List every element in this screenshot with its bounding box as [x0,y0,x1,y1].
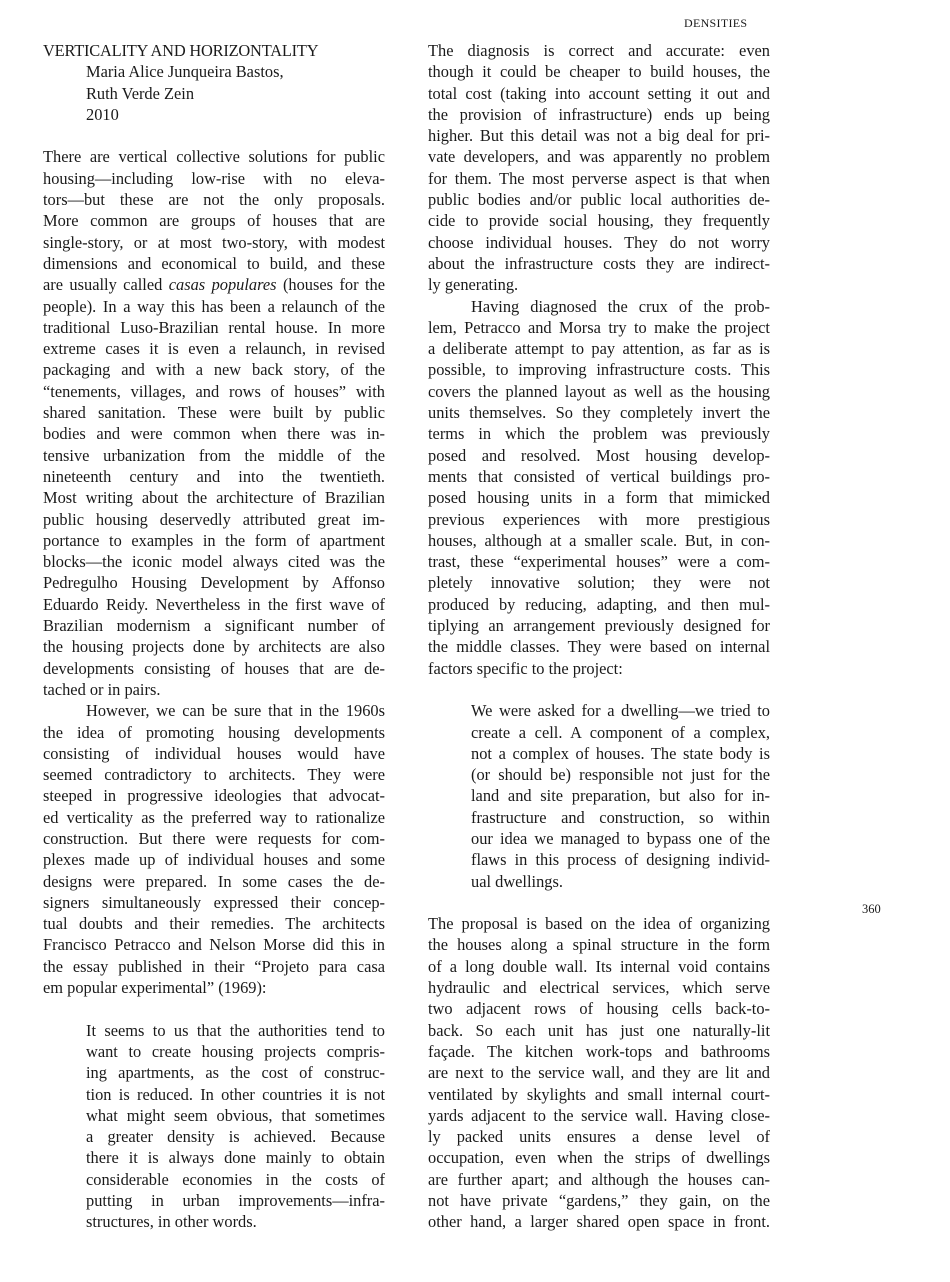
text-line: produced by reducing, adapting, and then… [428,594,770,615]
text-line: public housing deservedly attributed gre… [43,509,385,530]
text-line: previous experiences with more prestigio… [428,509,770,530]
text-line: for them. The most perverse aspect is th… [428,168,770,189]
text-line: ly generating. [428,274,770,295]
text-line: “tenements, villages, and rows of houses… [43,381,385,402]
text-line: the essay published in their “Projeto pa… [43,956,385,977]
article-header: VERTICALITY AND HORIZONTALITY Maria Alic… [43,40,385,125]
text-line: ventilated by skylights and small intern… [428,1084,770,1105]
text-line: signers simultaneously expressed their c… [43,892,385,913]
text-line: people). In a way this has been a relaun… [43,296,385,317]
text-line: (or should be) responsible not just for … [471,764,770,785]
block-quote: We were asked for a dwelling—we tried to… [471,700,770,892]
text-line: extreme cases it is even a relaunch, in … [43,338,385,359]
text-line: housing—including low-rise with no eleva… [43,168,385,189]
text-line: structures, in other words. [86,1211,385,1232]
text-line: The proposal is based on the idea of org… [428,913,770,934]
text-line: developments consisting of houses that a… [43,658,385,679]
text-line: There are vertical collective solutions … [43,146,385,167]
text-line: ed verticality as the preferred way to r… [43,807,385,828]
page-number: 360 [862,902,881,917]
text-line: consisting of individual houses would ha… [43,743,385,764]
text-line: lem, Petracco and Morsa try to make the … [428,317,770,338]
left-column: VERTICALITY AND HORIZONTALITY Maria Alic… [43,40,385,1233]
text-line: not a complex of houses. The state body … [471,743,770,764]
text-line: em popular experimental” (1969): [43,977,385,998]
text-line: Brazilian modernism a significant number… [43,615,385,636]
author-name: Maria Alice Junqueira Bastos, [43,61,385,82]
text-line: terms in which the problem was previousl… [428,423,770,444]
text-run: are usually called [43,275,169,294]
text-line: trast, these “experimental houses” were … [428,551,770,572]
body-paragraph: The proposal is based on the idea of org… [428,913,770,1232]
text-line: nineteenth century and into the twentiet… [43,466,385,487]
text-line: ing apartments, as the cost of construc- [86,1062,385,1083]
text-line: The diagnosis is correct and accurate: e… [428,40,770,61]
text-line: shared sanitation. These were built by p… [43,402,385,423]
text-line: covers the planned layout as well as the… [428,381,770,402]
running-head: DENSITIES [684,16,747,31]
text-line: the idea of promoting housing developmen… [43,722,385,743]
text-line: tiplying an arrangement previously desig… [428,615,770,636]
text-line: tion is reduced. In other countries it i… [86,1084,385,1105]
text-line: possible, to improving infrastructure co… [428,359,770,380]
text-line: ments that consisted of vertical buildin… [428,466,770,487]
text-line: what might seem obvious, that sometimes [86,1105,385,1126]
text-line: other hand, a larger shared open space i… [428,1211,770,1232]
text-line: of a long double wall. Its internal void… [428,956,770,977]
text-line: land and site preparation, but also for … [471,785,770,806]
body-paragraph: There are vertical collective solutions … [43,146,385,700]
text-line: ual dwellings. [471,871,770,892]
text-line: factors specific to the project: [428,658,770,679]
text-line: Eduardo Reidy. Nevertheless in the first… [43,594,385,615]
text-run: (houses for the [277,275,385,294]
text-line: putting in urban improvements—infra- [86,1190,385,1211]
text-line: units themselves. So they completely inv… [428,402,770,423]
article-year: 2010 [43,104,385,125]
text-line: However, we can be sure that in the 1960… [43,700,385,721]
body-paragraph: However, we can be sure that in the 1960… [43,700,385,998]
text-line: single-story, or at most two-story, with… [43,232,385,253]
text-line: the provision of infrastructure) ends up… [428,104,770,125]
text-line: about the infrastructure costs they are … [428,253,770,274]
text-line: portance to examples in the form of apar… [43,530,385,551]
text-line: create a cell. A component of a complex, [471,722,770,743]
text-line: tual doubts and their remedies. The arch… [43,913,385,934]
text-line: want to create housing projects compris- [86,1041,385,1062]
text-line: packaging and with a new back story, of … [43,359,385,380]
text-line: blocks—the iconic model always cited was… [43,551,385,572]
text-line: though it could be cheaper to build hous… [428,61,770,82]
text-line: are next to the service wall, and they a… [428,1062,770,1083]
text-line: two adjacent rows of housing cells back-… [428,998,770,1019]
italic-term: casas populares [169,275,277,294]
body-paragraph: The diagnosis is correct and accurate: e… [428,40,770,296]
text-line: the middle classes. They were based on i… [428,636,770,657]
text-line: designs were prepared. In some cases the… [43,871,385,892]
text-line: seemed contradictory to architects. They… [43,764,385,785]
text-line: plexes made up of individual houses and … [43,849,385,870]
text-line: houses, although at a smaller scale. But… [428,530,770,551]
text-line: are further apart; and although the hous… [428,1169,770,1190]
text-line: considerable economies in the costs of [86,1169,385,1190]
text-line: tensive urbanization from the middle of … [43,445,385,466]
text-line: total cost (taking into account setting … [428,83,770,104]
text-line: Pedregulho Housing Development by Affons… [43,572,385,593]
text-line: cide to provide social housing, they fre… [428,210,770,231]
text-line: public bodies and/or public local author… [428,189,770,210]
text-line: yards adjacent to the service wall. Havi… [428,1105,770,1126]
text-line: Francisco Petracco and Nelson Morse did … [43,934,385,955]
text-line: occupation, even when the strips of dwel… [428,1147,770,1168]
text-line: our idea we managed to bypass one of the [471,828,770,849]
text-line: frastructure and construction, so within [471,807,770,828]
text-line: the housing projects done by architects … [43,636,385,657]
text-line: tors—but these are not the only proposal… [43,189,385,210]
text-line: are usually called casas populares (hous… [43,274,385,295]
text-line: higher. But this detail was not a big de… [428,125,770,146]
article-title: VERTICALITY AND HORIZONTALITY [43,40,385,61]
text-line: posed housing units in a form that mimic… [428,487,770,508]
text-line: It seems to us that the authorities tend… [86,1020,385,1041]
right-column: The diagnosis is correct and accurate: e… [428,40,770,1233]
text-line: a greater density is achieved. Because [86,1126,385,1147]
text-line: the houses along a spinal structure in t… [428,934,770,955]
text-line: pletely innovative solution; they were n… [428,572,770,593]
text-line: tached or in pairs. [43,679,385,700]
text-line: steeped in progressive ideologies that a… [43,785,385,806]
text-line: dimensions and economical to build, and … [43,253,385,274]
text-line: hydraulic and electrical services, which… [428,977,770,998]
author-name: Ruth Verde Zein [43,83,385,104]
text-line: bodies and were common when there was in… [43,423,385,444]
text-line: back. So each unit has just one naturall… [428,1020,770,1041]
body-paragraph: Having diagnosed the crux of the prob-le… [428,296,770,679]
text-line: ly packed units ensures a dense level of [428,1126,770,1147]
text-line: there it is always done mainly to obtain [86,1147,385,1168]
text-line: Having diagnosed the crux of the prob- [428,296,770,317]
text-line: We were asked for a dwelling—we tried to [471,700,770,721]
text-line: vate developers, and was apparently no p… [428,146,770,167]
text-line: More common are groups of houses that ar… [43,210,385,231]
text-line: not have private “gardens,” they gain, o… [428,1190,770,1211]
text-line: a deliberate attempt to pay attention, a… [428,338,770,359]
text-line: façade. The kitchen work-tops and bathro… [428,1041,770,1062]
text-line: flaws in this process of designing indiv… [471,849,770,870]
text-line: Most writing about the architecture of B… [43,487,385,508]
text-line: choose individual houses. They do not wo… [428,232,770,253]
block-quote: It seems to us that the authorities tend… [86,1020,385,1233]
text-line: traditional Luso-Brazilian rental house.… [43,317,385,338]
text-line: posed and resolved. Most housing develop… [428,445,770,466]
text-line: construction. But there were requests fo… [43,828,385,849]
